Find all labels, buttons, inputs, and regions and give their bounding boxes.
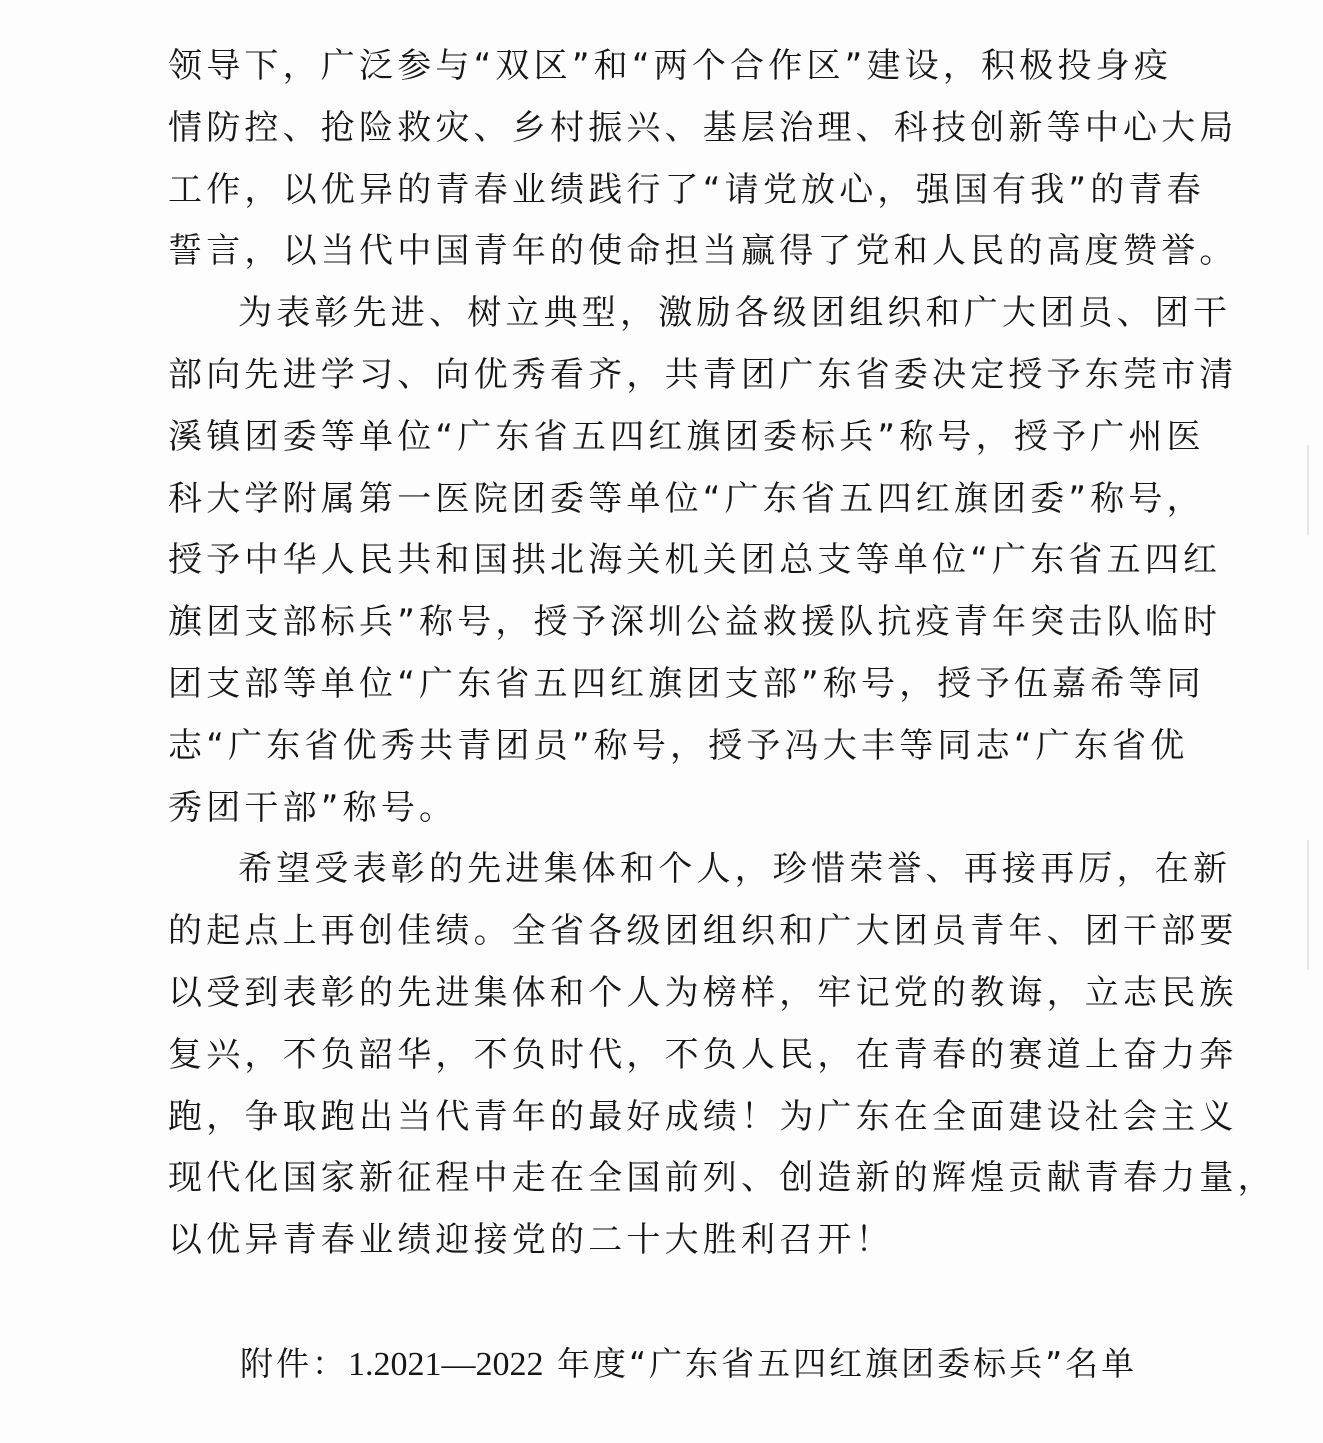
- text-line: 部向先进学习、向优秀看齐，共青团广东省委决定授予东莞市清: [168, 345, 1158, 407]
- text-line: 的起点上再创佳绩。全省各级团组织和广大团员青年、团干部要: [168, 901, 1158, 963]
- text-line: 以优异青春业绩迎接党的二十大胜利召开！: [168, 1210, 1158, 1272]
- text-line: 跑，争取跑出当代青年的最好成绩！为广东在全面建设社会主义: [168, 1087, 1158, 1149]
- text-line: 复兴，不负韶华，不负时代，不负人民，在青春的赛道上奋力奔: [168, 1025, 1158, 1087]
- scan-edge-mark: [1307, 840, 1309, 970]
- attachment-title: 年度“广东省五四红旗团委标兵”名单: [544, 1344, 1138, 1383]
- text-line: 授予中华人民共和国拱北海关机关团总支等单位“广东省五四红: [168, 530, 1158, 592]
- text-line: 誓言，以当代中国青年的使命担当赢得了党和人民的高度赞誉。: [168, 221, 1158, 283]
- document-page: 领导下，广泛参与“双区”和“两个合作区”建设，积极投身疫 情防控、抢险救灾、乡村…: [0, 0, 1323, 1443]
- text-line: 志“广东省优秀共青团员”称号，授予冯大丰等同志“广东省优: [168, 716, 1158, 778]
- attachment-number: 1.2021—2022: [348, 1346, 544, 1383]
- text-line: 科大学附属第一医院团委等单位“广东省五四红旗团委”称号，: [168, 469, 1158, 531]
- scan-edge-mark: [1307, 445, 1309, 535]
- text-line: 工作，以优异的青春业绩践行了“请党放心，强国有我”的青春: [168, 160, 1158, 222]
- paragraph-commendation: 为表彰先进、树立典型，激励各级团组织和广大团员、团干 部向先进学习、向优秀看齐，…: [168, 283, 1158, 839]
- paragraph-continuation: 领导下，广泛参与“双区”和“两个合作区”建设，积极投身疫 情防控、抢险救灾、乡村…: [168, 36, 1158, 283]
- text-line: 以受到表彰的先进集体和个人为榜样，牢记党的教诲，立志民族: [168, 963, 1158, 1025]
- attachment-line: 附件：1.2021—2022 年度“广东省五四红旗团委标兵”名单: [240, 1336, 1137, 1393]
- text-line: 情防控、抢险救灾、乡村振兴、基层治理、科技创新等中心大局: [168, 98, 1158, 160]
- document-body: 领导下，广泛参与“双区”和“两个合作区”建设，积极投身疫 情防控、抢险救灾、乡村…: [168, 36, 1158, 1272]
- text-line: 团支部等单位“广东省五四红旗团支部”称号，授予伍嘉希等同: [168, 654, 1158, 716]
- text-line: 旗团支部标兵”称号，授予深圳公益救援队抗疫青年突击队临时: [168, 592, 1158, 654]
- paragraph-hope: 希望受表彰的先进集体和个人，珍惜荣誉、再接再厉，在新 的起点上再创佳绩。全省各级…: [168, 839, 1158, 1272]
- text-line: 希望受表彰的先进集体和个人，珍惜荣誉、再接再厉，在新: [168, 839, 1158, 901]
- text-line: 溪镇团委等单位“广东省五四红旗团委标兵”称号，授予广州医: [168, 407, 1158, 469]
- text-line: 领导下，广泛参与“双区”和“两个合作区”建设，积极投身疫: [168, 36, 1158, 98]
- text-line: 为表彰先进、树立典型，激励各级团组织和广大团员、团干: [168, 283, 1158, 345]
- attachment-label: 附件：: [240, 1344, 348, 1383]
- text-line: 秀团干部”称号。: [168, 778, 1158, 840]
- text-line: 现代化国家新征程中走在全国前列、创造新的辉煌贡献青春力量，: [168, 1148, 1158, 1210]
